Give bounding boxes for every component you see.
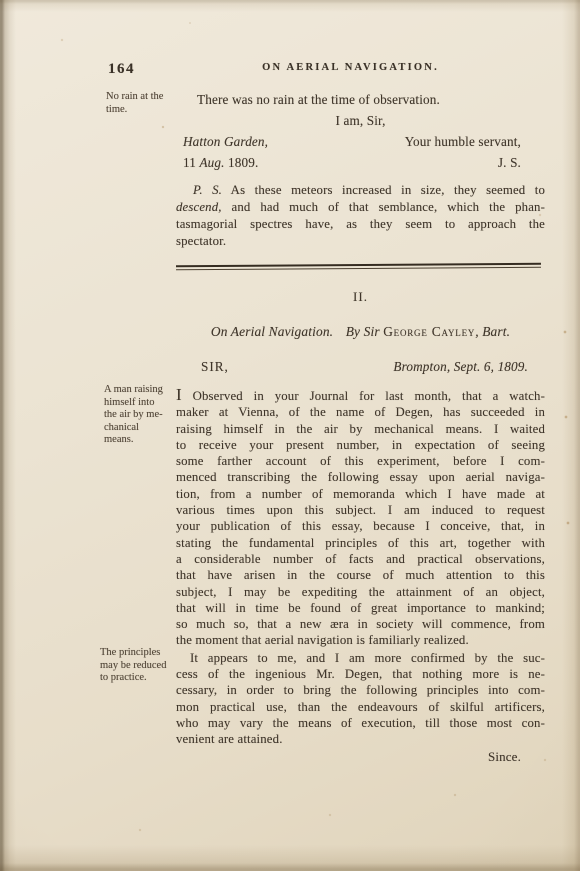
text-line: the air by me- — [104, 409, 178, 422]
running-head: ON AERIAL NAVIGATION. — [166, 62, 535, 74]
text-line: subject, I may be expediting the attainm… — [176, 584, 545, 600]
text-line: tion, from a number of memoranda which I… — [176, 486, 545, 502]
text-line: A man raising — [104, 384, 178, 397]
letter-valediction: I am, Sir, — [176, 112, 545, 129]
letter-date-row: 11 Aug. 1809. J. S. — [176, 154, 545, 171]
text-line: maker at Vienna, of the name of Degen, h… — [176, 404, 545, 420]
section-title-suffix: , Bart. — [475, 324, 510, 339]
text-line: cessary, in order to bring the following… — [176, 682, 545, 698]
text-line: may be reduced — [100, 660, 178, 673]
text-column: ON AERIAL NAVIGATION. There was no rain … — [176, 0, 545, 764]
text-line: to practice. — [100, 672, 178, 685]
text-line: means. — [104, 434, 178, 447]
text-line: tasmagorial spectres have, as they seem … — [176, 216, 545, 233]
text-line: himself into — [104, 397, 178, 410]
essay-paragraph-2: It appears to me, and I am more confirme… — [176, 650, 545, 748]
text-line: who may vary the means of execution, til… — [176, 715, 545, 731]
letter-date: 11 Aug. 1809. — [183, 154, 258, 171]
text-line: some farther account of this experiment,… — [176, 453, 545, 469]
text-line: so much so, that a new æra in society wi… — [176, 616, 545, 632]
section-title-italic: On Aerial Navigation. — [211, 324, 333, 339]
margin-note-man-raising: A man raisinghimself intothe air by me-c… — [104, 384, 178, 447]
text-line: raising himself in the air by mechanical… — [176, 421, 545, 437]
page-number: 164 — [108, 61, 135, 78]
letter-place: Hatton Garden, — [183, 133, 268, 150]
text-line: chanical — [104, 422, 178, 435]
text-line: time. — [106, 104, 174, 117]
text-line: that have arisen in the course of much a… — [176, 567, 545, 583]
letter-signature: J. S. — [498, 154, 521, 171]
text-line: No rain at the — [106, 91, 174, 104]
catchword: Since. — [488, 749, 521, 764]
book-page-scan: 164 No rain at thetime. A man raisinghim… — [0, 0, 580, 871]
catchword-row: Since. — [176, 749, 545, 764]
letter-place-row: Hatton Garden, Your humble servant, — [176, 133, 545, 150]
text-line: to receive your present number, in expec… — [176, 437, 545, 453]
text-line: spectator. — [176, 233, 545, 250]
margin-note-no-rain: No rain at thetime. — [106, 91, 174, 116]
text-line: the moment that aerial navigation is fam… — [176, 632, 545, 648]
essay-paragraph-1: I Observed in your Journal for last mont… — [176, 387, 545, 649]
text-line: cess of the ingenious Mr. Degen, that no… — [176, 666, 545, 682]
text-line: menced transcribing the following essay … — [176, 469, 545, 485]
section-divider-rule — [176, 263, 541, 271]
letter-closing-line: There was no rain at the time of observa… — [176, 91, 545, 108]
text-line: that will in time be found of great impo… — [176, 600, 545, 616]
salutation-row: SIR, Brompton, Sept. 6, 1809. — [176, 359, 545, 374]
section-title-by: By Sir — [346, 324, 380, 339]
letter-valediction-right: Your humble servant, — [405, 133, 521, 150]
postscript: P. S. As these meteors increased in size… — [176, 182, 545, 250]
text-line: stating the fundamental principles of th… — [176, 535, 545, 551]
text-line: your publication of this essay, because … — [176, 518, 545, 534]
text-line: It appears to me, and I am more confirme… — [176, 650, 545, 666]
author-name: George Cayley — [383, 324, 475, 339]
text-line: I Observed in your Journal for last mont… — [176, 387, 545, 404]
salutation: SIR, — [201, 359, 229, 374]
text-line: P. S. As these meteors increased in size… — [176, 182, 545, 199]
dateline: Brompton, Sept. 6, 1809. — [393, 359, 528, 374]
text-line: mon practical use, than the endeavours o… — [176, 699, 545, 715]
text-line: various times upon this subject. I am in… — [176, 502, 545, 518]
section-title: On Aerial Navigation. By Sir George Cayl… — [176, 324, 545, 340]
section-number: II. — [176, 290, 545, 303]
text-line: venient are attained. — [176, 731, 545, 747]
text-line: a considerable number of facts and pract… — [176, 551, 545, 567]
text-line: The principles — [100, 647, 178, 660]
margin-note-principles: The principlesmay be reducedto practice. — [100, 647, 178, 685]
text-line: descend, and had much of that semblance,… — [176, 199, 545, 216]
